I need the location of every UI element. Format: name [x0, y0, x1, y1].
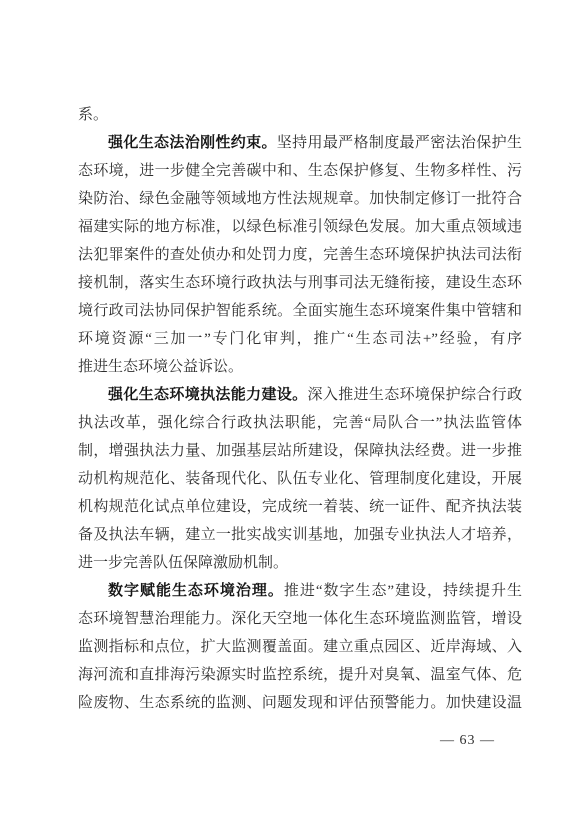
text-run: 环境资源“三加一”专门化审判，推广“生态司法+”经验，有序	[78, 331, 522, 347]
text-line: 接机制，落实生态环境行政执法与刑事司法无缝衔接，建设生态环	[78, 269, 522, 297]
run-in-heading: 强化生态环境执法能力建设。	[108, 386, 308, 403]
text-run: 坚持用最严格制度最严密法治保护生	[277, 135, 522, 151]
text-run: 深入推进生态环境保护综合行政	[308, 387, 523, 403]
page-number: — 63 —	[440, 731, 495, 751]
text-line: 数字赋能生态环境治理。推进“数字生态”建设，持续提升生	[78, 577, 522, 605]
run-in-heading: 数字赋能生态环境治理。	[108, 582, 284, 599]
text-run: 接机制，落实生态环境行政执法与刑事司法无缝衔接，建设生态环	[78, 275, 522, 291]
text-line: 备及执法车辆，建立一批实战实训基地，加强专业执法人才培养，	[78, 521, 522, 549]
text-line: 海河流和直排海污染源实时监控系统，提升对臭氧、温室气体、危	[78, 661, 522, 689]
text-line: 制，增强执法力量、加强基层站所建设，保障执法经费。进一步推	[78, 437, 522, 465]
text-run: 推进“数字生态”建设，持续提升生	[284, 583, 522, 599]
text-run: 制，增强执法力量、加强基层站所建设，保障执法经费。进一步推	[78, 443, 522, 459]
text-line: 强化生态法治刚性约束。坚持用最严格制度最严密法治保护生	[78, 129, 522, 157]
text-run: 系。	[78, 107, 108, 123]
text-run: 态环境智慧治理能力。深化天空地一体化生态环境监测监管，增设	[78, 611, 522, 627]
text-run: 态环境，进一步健全完善碳中和、生态保护修复、生物多样性、污	[78, 163, 522, 179]
text-line: 态环境，进一步健全完善碳中和、生态保护修复、生物多样性、污	[78, 157, 522, 185]
text-line: 险废物、生态系统的监测、问题发现和评估预警能力。加快建设温	[78, 689, 522, 717]
text-line: 推进生态环境公益诉讼。	[78, 353, 522, 381]
text-run: 动机构规范化、装备现代化、队伍专业化、管理制度化建设，开展	[78, 471, 522, 487]
text-line: 执法改革，强化综合行政执法职能，完善“局队合一”执法监管体	[78, 409, 522, 437]
document-body: 系。强化生态法治刚性约束。坚持用最严格制度最严密法治保护生态环境，进一步健全完善…	[78, 101, 522, 717]
text-run: 备及执法车辆，建立一批实战实训基地，加强专业执法人才培养，	[78, 527, 522, 543]
text-line: 机构规范化试点单位建设，完成统一着装、统一证件、配齐执法装	[78, 493, 522, 521]
text-run: 推进生态环境公益诉讼。	[78, 359, 243, 375]
text-run: 法犯罪案件的查处侦办和处罚力度，完善生态环境保护执法司法衔	[78, 247, 522, 263]
text-line: 动机构规范化、装备现代化、队伍专业化、管理制度化建设，开展	[78, 465, 522, 493]
text-run: 染防治、绿色金融等领域地方性法规规章。加快制定修订一批符合	[78, 191, 522, 207]
text-run: 执法改革，强化综合行政执法职能，完善“局队合一”执法监管体	[78, 415, 522, 431]
text-run: 监测指标和点位，扩大监测覆盖面。建立重点园区、近岸海域、入	[78, 639, 522, 655]
text-line: 监测指标和点位，扩大监测覆盖面。建立重点园区、近岸海域、入	[78, 633, 522, 661]
text-line: 系。	[78, 101, 522, 129]
text-line: 强化生态环境执法能力建设。深入推进生态环境保护综合行政	[78, 381, 522, 409]
run-in-heading: 强化生态法治刚性约束。	[108, 134, 277, 151]
text-run: 境行政司法协同保护智能系统。全面实施生态环境案件集中管辖和	[78, 303, 522, 319]
text-run: 进一步完善队伍保障激励机制。	[78, 555, 288, 571]
text-run: 福建实际的地方标准，以绿色标准引领绿色发展。加大重点领域违	[78, 219, 522, 235]
text-line: 环境资源“三加一”专门化审判，推广“生态司法+”经验，有序	[78, 325, 522, 353]
text-line: 态环境智慧治理能力。深化天空地一体化生态环境监测监管，增设	[78, 605, 522, 633]
text-line: 法犯罪案件的查处侦办和处罚力度，完善生态环境保护执法司法衔	[78, 241, 522, 269]
text-line: 进一步完善队伍保障激励机制。	[78, 549, 522, 577]
text-run: 海河流和直排海污染源实时监控系统，提升对臭氧、温室气体、危	[78, 667, 522, 683]
text-run: 险废物、生态系统的监测、问题发现和评估预警能力。加快建设温	[78, 695, 522, 711]
text-run: 机构规范化试点单位建设，完成统一着装、统一证件、配齐执法装	[78, 499, 522, 515]
text-line: 染防治、绿色金融等领域地方性法规规章。加快制定修订一批符合	[78, 185, 522, 213]
document-page: 系。强化生态法治刚性约束。坚持用最严格制度最严密法治保护生态环境，进一步健全完善…	[0, 0, 578, 818]
text-line: 福建实际的地方标准，以绿色标准引领绿色发展。加大重点领域违	[78, 213, 522, 241]
text-line: 境行政司法协同保护智能系统。全面实施生态环境案件集中管辖和	[78, 297, 522, 325]
